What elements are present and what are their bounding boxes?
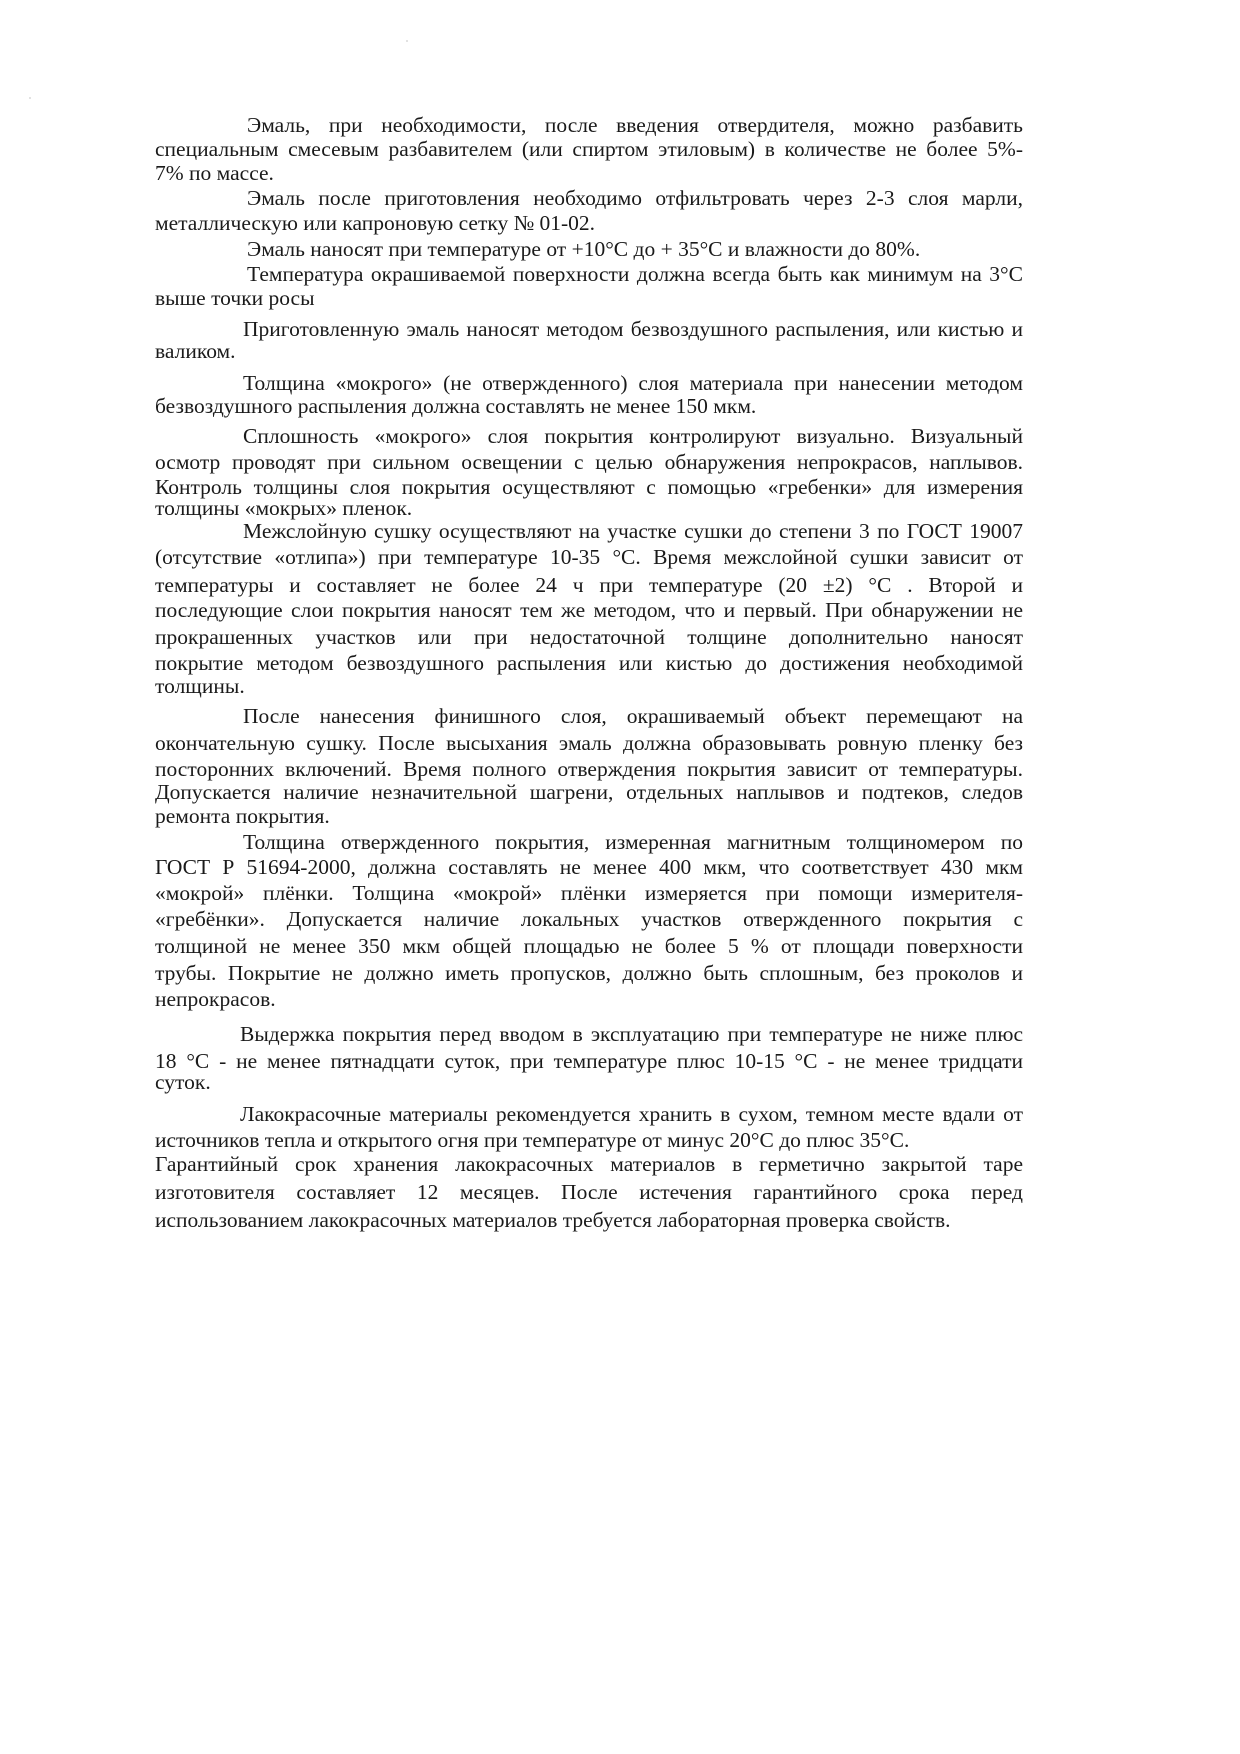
paragraph-8-line-1: Межслойную сушку осуществляют на участке… [243,518,1023,544]
paragraph-1-line-1: Эмаль, при необходимости, после введения… [247,112,1023,138]
paragraph-13-line-3: использованием лакокрасочных материалов … [155,1207,1023,1233]
paragraph-11-line-1: Выдержка покрытия перед вводом в эксплуа… [240,1021,1023,1047]
paragraph-1-line-2: специальным смесевым разбавителем (или с… [155,136,1023,162]
paragraph-9-line-5: ремонта покрытия. [155,803,1023,829]
paragraph-8-line-2: (отсутствие «отлипа») при температуре 10… [155,544,1023,570]
paragraph-3-line-1: Эмаль наносят при температуре от +10°C д… [247,236,1023,262]
paragraph-10-line-5: толщиной не менее 350 мкм общей площадью… [155,933,1023,959]
paragraph-13-line-1: Гарантийный срок хранения лакокрасочных … [155,1151,1023,1177]
paragraph-10-line-1: Толщина отвержденного покрытия, измеренн… [243,829,1023,855]
paragraph-12-line-2: источников тепла и открытого огня при те… [155,1127,1023,1153]
paragraph-8-line-3: температуры и составляет не более 24 ч п… [155,572,1023,598]
paragraph-4-line-2: выше точки росы [155,285,1023,311]
paragraph-6-line-2: безвоздушного распыления должна составля… [155,393,1023,419]
paragraph-1-line-3: 7% по массе. [155,160,1023,186]
paragraph-13-line-2: изготовителя составляет 12 месяцев. Посл… [155,1179,1023,1205]
scan-speck [406,40,408,42]
paragraph-7-line-1: Сплошность «мокрого» слоя покрытия контр… [243,423,1023,449]
paragraph-2-line-2: металлическую или капроновую сетку № 01-… [155,210,1023,236]
paragraph-10-line-2: ГОСТ Р 51694-2000, должна составлять не … [155,854,1023,880]
paragraph-10-line-7: непрокрасов. [155,986,1023,1012]
scan-speck [29,97,31,99]
paragraph-8-line-4: последующие слои покрытия наносят тем же… [155,597,1023,623]
paragraph-10-line-6: трубы. Покрытие не должно иметь пропуско… [155,960,1023,986]
paragraph-9-line-1: После нанесения финишного слоя, окрашива… [243,703,1023,729]
paragraph-9-line-4: Допускается наличие незначительной шагре… [155,779,1023,805]
paragraph-8-line-5: прокрашенных участков или при недостаточ… [155,624,1023,650]
paragraph-5-line-2: валиком. [155,338,1023,364]
paragraph-11-line-3: суток. [155,1069,1023,1095]
paragraph-10-line-3: «мокрой» плёнки. Толщина «мокрой» плёнки… [155,880,1023,906]
paragraph-2-line-1: Эмаль после приготовления необходимо отф… [247,185,1023,211]
paragraph-12-line-1: Лакокрасочные материалы рекомендуется хр… [240,1101,1023,1127]
paragraph-9-line-2: окончательную сушку. После высыхания эма… [155,730,1023,756]
paragraph-4-line-1: Температура окрашиваемой поверхности дол… [247,261,1023,287]
paragraph-8-line-7: толщины. [155,673,1023,699]
paragraph-7-line-2: осмотр проводят при сильном освещении с … [155,449,1023,475]
scanned-document-page: Эмаль, при необходимости, после введения… [0,0,1240,1754]
paragraph-10-line-4: «гребёнки». Допускается наличие локальны… [155,906,1023,932]
